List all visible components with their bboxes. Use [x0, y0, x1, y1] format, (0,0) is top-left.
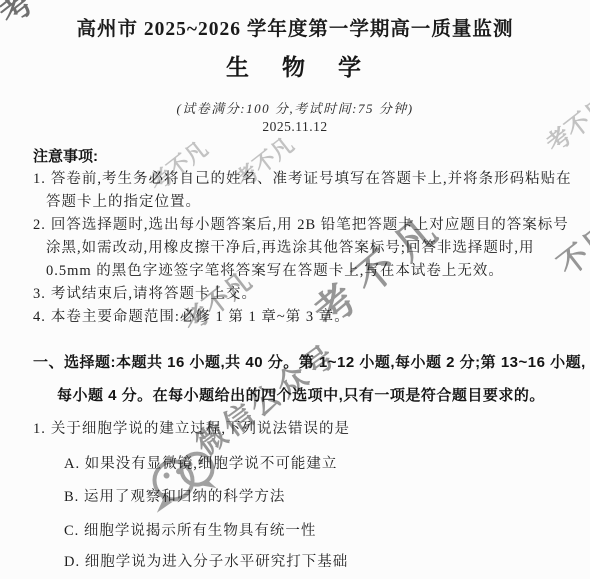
question-1-stem: 1.关于细胞学说的建立过程,下列说法错误的是	[33, 417, 350, 438]
notice-item-2-line-2: 涂黑,如需改动,用橡皮擦干净后,再选涂其他答案标号;回答非选择题时,用	[46, 236, 535, 257]
notice-item-1-text: 答卷前,考生务必将自己的姓名、准考证号填写在答题卡上,并将条形码粘贴在	[51, 171, 572, 187]
section-header-line-2: 每小题 4 分。在每小题给出的四个选项中,只有一项是符合题目要求的。	[57, 384, 545, 405]
notice-item-3-number: 3.	[33, 286, 46, 303]
notice-item-2-number: 2.	[33, 217, 46, 234]
notice-item-1-number: 1.	[33, 171, 46, 188]
question-1-number: 1.	[33, 421, 46, 438]
notice-heading: 注意事项:	[33, 145, 98, 166]
section-header-line-1: 一、选择题:本题共 16 小题,共 40 分。第 1~12 小题,每小题 2 分…	[33, 351, 586, 372]
exam-title: 高州市 2025~2026 学年度第一学期高一质量监测	[0, 13, 590, 41]
notice-item-4-number: 4.	[33, 309, 46, 326]
question-1-option-c: C. 细胞学说揭示所有生物具有统一性	[64, 519, 316, 540]
notice-item-3-line-1: 3.考试结束后,请将答题卡上交。	[33, 282, 257, 303]
notice-item-2-line-1: 2.回答选择题时,选出每小题答案后,用 2B 铅笔把答题卡上对应题目的答案标号	[33, 213, 569, 234]
exam-date: 2025.11.12	[0, 119, 590, 135]
question-1-option-a: A. 如果没有显微镜,细胞学说不可能建立	[64, 452, 337, 473]
notice-item-2-line-3: 0.5mm 的黑色字迹签字笔将答案写在答题卡上,写在本试卷上无效。	[46, 259, 504, 280]
notice-item-1-line-2: 答题卡上的指定位置。	[46, 190, 201, 211]
notice-item-1-line-1: 1.答卷前,考生务必将自己的姓名、准考证号填写在答题卡上,并将条形码粘贴在	[33, 167, 572, 188]
notice-item-2-text: 回答选择题时,选出每小题答案后,用 2B 铅笔把答题卡上对应题目的答案标号	[51, 217, 569, 233]
question-1-stem-text: 关于细胞学说的建立过程,下列说法错误的是	[51, 421, 350, 437]
notice-item-4-line-1: 4.本卷主要命题范围:必修 1 第 1 章~第 3 章。	[33, 305, 350, 326]
exam-subject: 生物学	[0, 49, 590, 82]
notice-item-4-text: 本卷主要命题范围:必修 1 第 1 章~第 3 章。	[51, 309, 350, 325]
notice-item-3-text: 考试结束后,请将答题卡上交。	[51, 286, 257, 302]
exam-paper-page: 考不凡 考不凡 考不凡 考不凡 微信公众号 考不凡 不凡 考 高州市 2025~…	[0, 0, 590, 579]
question-1-option-b: B. 运用了观察和归纳的科学方法	[64, 485, 285, 506]
exam-info: (试卷满分:100 分,考试时间:75 分钟)	[0, 98, 590, 117]
question-1-option-d: D. 细胞学说为进入分子水平研究打下基础	[64, 550, 348, 571]
